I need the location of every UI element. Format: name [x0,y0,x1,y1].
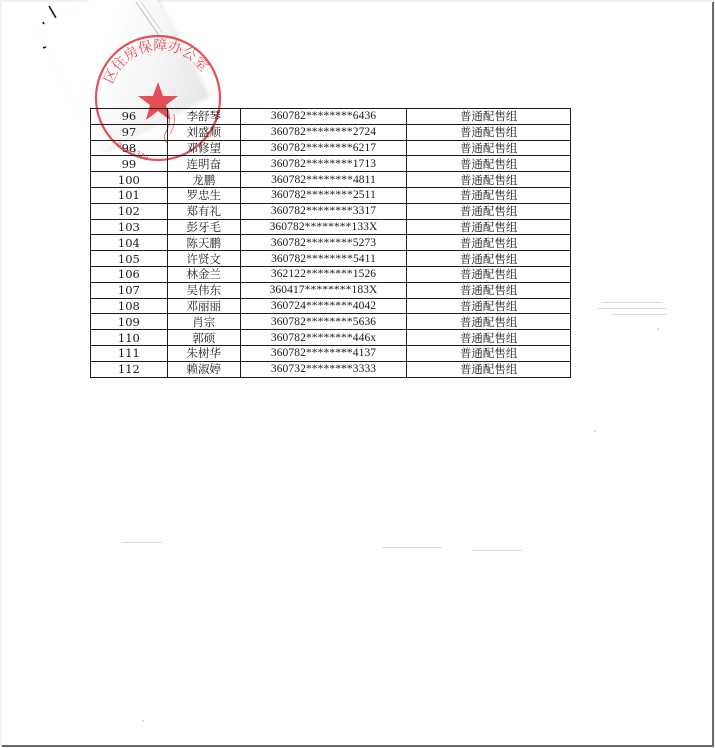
group-label: 普通配售组 [407,219,571,235]
person-name: 吴伟东 [167,282,240,298]
group-label: 普通配售组 [407,361,571,377]
row-number: 103 [91,219,168,235]
person-name: 罗忠生 [167,187,240,203]
table-row: 104陈天鹏360782********5273普通配售组 [91,235,571,251]
row-number: 102 [91,203,168,219]
id-number: 360782********1713 [240,156,407,172]
row-number: 96 [91,109,168,125]
svg-text:区住房保障办公室: 区住房保障办公室 [101,38,211,87]
row-number: 108 [91,298,168,314]
group-label: 普通配售组 [407,124,571,140]
handwritten-mark [40,4,80,52]
group-label: 普通配售组 [407,187,571,203]
group-label: 普通配售组 [407,156,571,172]
table-row: 101罗忠生360782********2511普通配售组 [91,187,571,203]
person-name: 郑有礼 [167,203,240,219]
row-number: 101 [91,187,168,203]
row-number: 97 [91,124,168,140]
table-row: 97刘盛顺360782********2724普通配售组 [91,124,571,140]
id-number: 360782********5273 [240,235,407,251]
id-number: 360732********3333 [240,361,407,377]
id-number: 360782********6217 [240,140,407,156]
id-number: 360782********5636 [240,314,407,330]
table-row: 99连明奋360782********1713普通配售组 [91,156,571,172]
table-row: 102郑有礼360782********3317普通配售组 [91,203,571,219]
id-number: 360417********183X [240,282,407,298]
group-label: 普通配售组 [407,140,571,156]
id-number: 360782********2724 [240,124,407,140]
group-label: 普通配售组 [407,235,571,251]
person-name: 赖淑婷 [167,361,240,377]
person-name: 郭硕 [167,330,240,346]
id-number: 360782********3317 [240,203,407,219]
group-label: 普通配售组 [407,345,571,361]
table-row: 98邓修望360782********6217普通配售组 [91,140,571,156]
person-name: 林金兰 [167,266,240,282]
person-name: 邓丽丽 [167,298,240,314]
group-label: 普通配售组 [407,298,571,314]
table-row: 107吴伟东360417********183X普通配售组 [91,282,571,298]
group-label: 普通配售组 [407,251,571,267]
row-number: 110 [91,330,168,346]
row-number: 105 [91,251,168,267]
id-number: 360782********133X [240,219,407,235]
id-number: 360782********5411 [240,251,407,267]
table-row: 96李舒琴360782********6436普通配售组 [91,109,571,125]
table-row: 109肖宗360782********5636普通配售组 [91,314,571,330]
person-name: 邓修望 [167,140,240,156]
person-name: 陈天鹏 [167,235,240,251]
id-number: 360782********6436 [240,109,407,125]
row-number: 99 [91,156,168,172]
row-number: 104 [91,235,168,251]
fold-crease-lines [132,2,172,42]
person-name: 朱树华 [167,345,240,361]
table-row: 108邓丽丽360724********4042普通配售组 [91,298,571,314]
id-number: 360724********4042 [240,298,407,314]
group-label: 普通配售组 [407,314,571,330]
table-row: 103彭牙毛360782********133X普通配售组 [91,219,571,235]
row-number: 100 [91,172,168,188]
row-number: 109 [91,314,168,330]
person-name: 许贤文 [167,251,240,267]
group-label: 普通配售组 [407,330,571,346]
person-name: 彭牙毛 [167,219,240,235]
table-row: 106林金兰362122********1526普通配售组 [91,266,571,282]
person-name: 刘盛顺 [167,124,240,140]
table-row: 105许贤文360782********5411普通配售组 [91,251,571,267]
group-label: 普通配售组 [407,203,571,219]
id-number: 360782********2511 [240,187,407,203]
table-row: 100龙鹏360782********4811普通配售组 [91,172,571,188]
person-name: 李舒琴 [167,109,240,125]
row-number: 98 [91,140,168,156]
allocation-table: 96李舒琴360782********6436普通配售组97刘盛顺360782*… [90,108,571,378]
row-number: 111 [91,345,168,361]
id-number: 362122********1526 [240,266,407,282]
row-number: 106 [91,266,168,282]
person-name: 连明奋 [167,156,240,172]
row-number: 107 [91,282,168,298]
row-number: 112 [91,361,168,377]
group-label: 普通配售组 [407,172,571,188]
group-label: 普通配售组 [407,282,571,298]
group-label: 普通配售组 [407,266,571,282]
id-number: 360782********446x [240,330,407,346]
document-page: 区住房保障办公室 0…23379 96李舒琴360782********6436… [2,2,714,747]
person-name: 龙鹏 [167,172,240,188]
table-row: 111朱树华360782********4137普通配售组 [91,345,571,361]
table-row: 110郭硕360782********446x普通配售组 [91,330,571,346]
person-name: 肖宗 [167,314,240,330]
id-number: 360782********4811 [240,172,407,188]
seal-text: 区住房保障办公室 [101,38,211,87]
table-row: 112赖淑婷360732********3333普通配售组 [91,361,571,377]
group-label: 普通配售组 [407,109,571,125]
id-number: 360782********4137 [240,345,407,361]
